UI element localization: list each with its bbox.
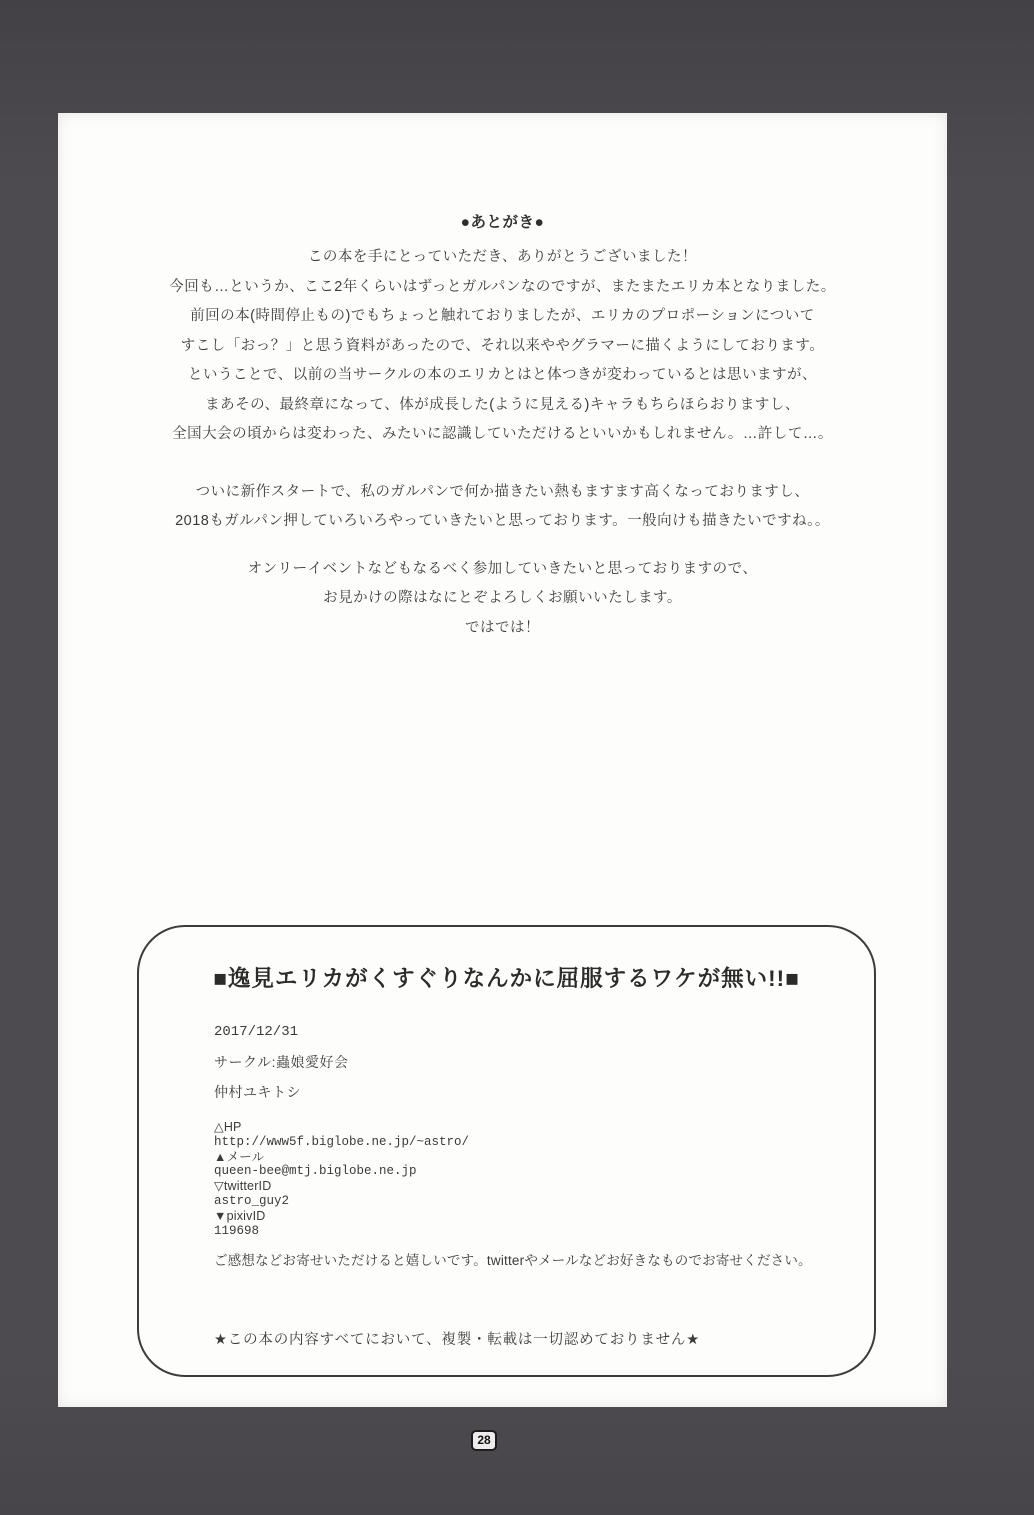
contact-label-mail: ▲メール (214, 1150, 834, 1165)
afterword-line: この本を手にとっていただき、ありがとうございました！ (58, 243, 947, 273)
afterword-line: オンリーイベントなどもなるべく参加していきたいと思っておりますので、 (58, 555, 947, 585)
contact-value-pixiv-id: 119698 (214, 1224, 834, 1239)
afterword-section: ●あとがき● この本を手にとっていただき、ありがとうございました！ 今回も…とい… (58, 211, 947, 643)
afterword-line: ということで、以前の当サークルの本のエリカとはと体つきが変わっているとは思います… (58, 361, 947, 391)
afterword-line: すこし「おっ？」と思う資料があったので、それ以来ややグラマーに描くようにしており… (58, 332, 947, 362)
contact-value-mail-address: queen-bee@mtj.biglobe.ne.jp (214, 1164, 834, 1179)
colophon-body: 2017/12/31 サークル:蟲娘愛好会 仲村ユキトシ △HP http://… (139, 1017, 874, 1269)
contact-value-twitter-id: astro_guy2 (214, 1194, 834, 1209)
contact-label-twitter: ▽twitterID (214, 1179, 834, 1194)
doujin-page: ●あとがき● この本を手にとっていただき、ありがとうございました！ 今回も…とい… (58, 113, 947, 1407)
contact-label-pixiv: ▼pixivID (214, 1209, 834, 1224)
afterword-line: 前回の本(時間停止もの)でもちょっと触れておりましたが、エリカのプロポーションに… (58, 302, 947, 332)
circle-name: サークル:蟲娘愛好会 (214, 1047, 834, 1077)
afterword-line: まあその、最終章になって、体が成長した(ように見える)キャラもちらほらおりますし… (58, 391, 947, 421)
reproduction-notice: ★この本の内容すべてにおいて、複製・転載は一切認めておりません★ (214, 1328, 700, 1349)
afterword-line: 全国大会の頃からは変わった、みたいに認識していただけるといいかもしれません。…許… (58, 420, 947, 450)
afterword-line: お見かけの際はなにとぞよろしくお願いいたします。 (58, 584, 947, 614)
contact-value-hp-url: http://www5f.biglobe.ne.jp/~astro/ (214, 1135, 834, 1150)
page-number-badge: 28 (471, 1430, 497, 1451)
afterword-heading: ●あとがき● (58, 211, 947, 235)
afterword-line: 今回も…というか、ここ2年くらいはずっとガルパンなのですが、またまたエリカ本とな… (58, 273, 947, 303)
publish-date: 2017/12/31 (214, 1017, 834, 1047)
afterword-closing: ではでは！ (58, 614, 947, 644)
author-name: 仲村ユキトシ (214, 1077, 834, 1107)
contact-label-hp: △HP (214, 1120, 834, 1135)
book-title: ■逸見エリカがくすぐりなんかに屈服するワケが無い!!■ (139, 961, 874, 993)
afterword-line: ついに新作スタートで、私のガルパンで何か描きたい熱もますます高くなっておりますし… (58, 478, 947, 508)
contact-list: △HP http://www5f.biglobe.ne.jp/~astro/ ▲… (214, 1120, 834, 1238)
afterword-line: 2018もガルパン押していろいろやっていきたいと思っております。一般向けも描きた… (58, 507, 947, 537)
feedback-note: ご感想などお寄せいただけると嬉しいです。twitterやメールなどお好きなもので… (214, 1249, 834, 1269)
colophon-box: ■逸見エリカがくすぐりなんかに屈服するワケが無い!!■ 2017/12/31 サ… (137, 925, 876, 1377)
